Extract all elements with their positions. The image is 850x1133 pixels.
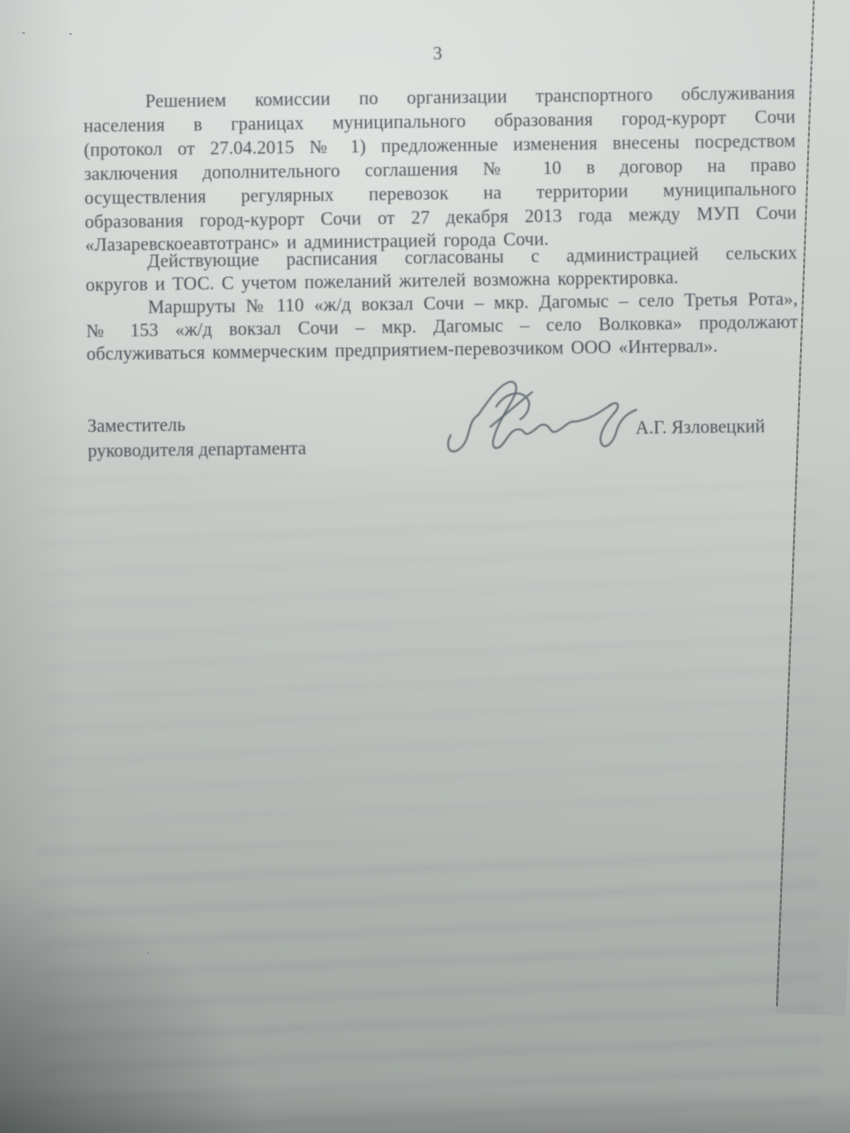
signer-position-line1: Заместитель <box>87 412 306 440</box>
paragraph-3: Маршруты № 110 «ж/д вокзал Сочи – мкр. Д… <box>86 289 799 367</box>
signer-position-title: Заместитель руководителя департамента <box>87 412 306 465</box>
document-content: 3 Решением комиссии по организации транс… <box>0 0 850 1133</box>
handwritten-signature-icon <box>438 369 651 468</box>
signer-position-line2: руководителя департамента <box>88 437 307 465</box>
document-photo: 3 Решением комиссии по организации транс… <box>0 0 850 1133</box>
paragraph-1: Решением комиссии по организации транспо… <box>83 83 797 260</box>
signer-name: А.Г. Язловецкий <box>635 417 765 440</box>
page-number: 3 <box>81 40 793 70</box>
